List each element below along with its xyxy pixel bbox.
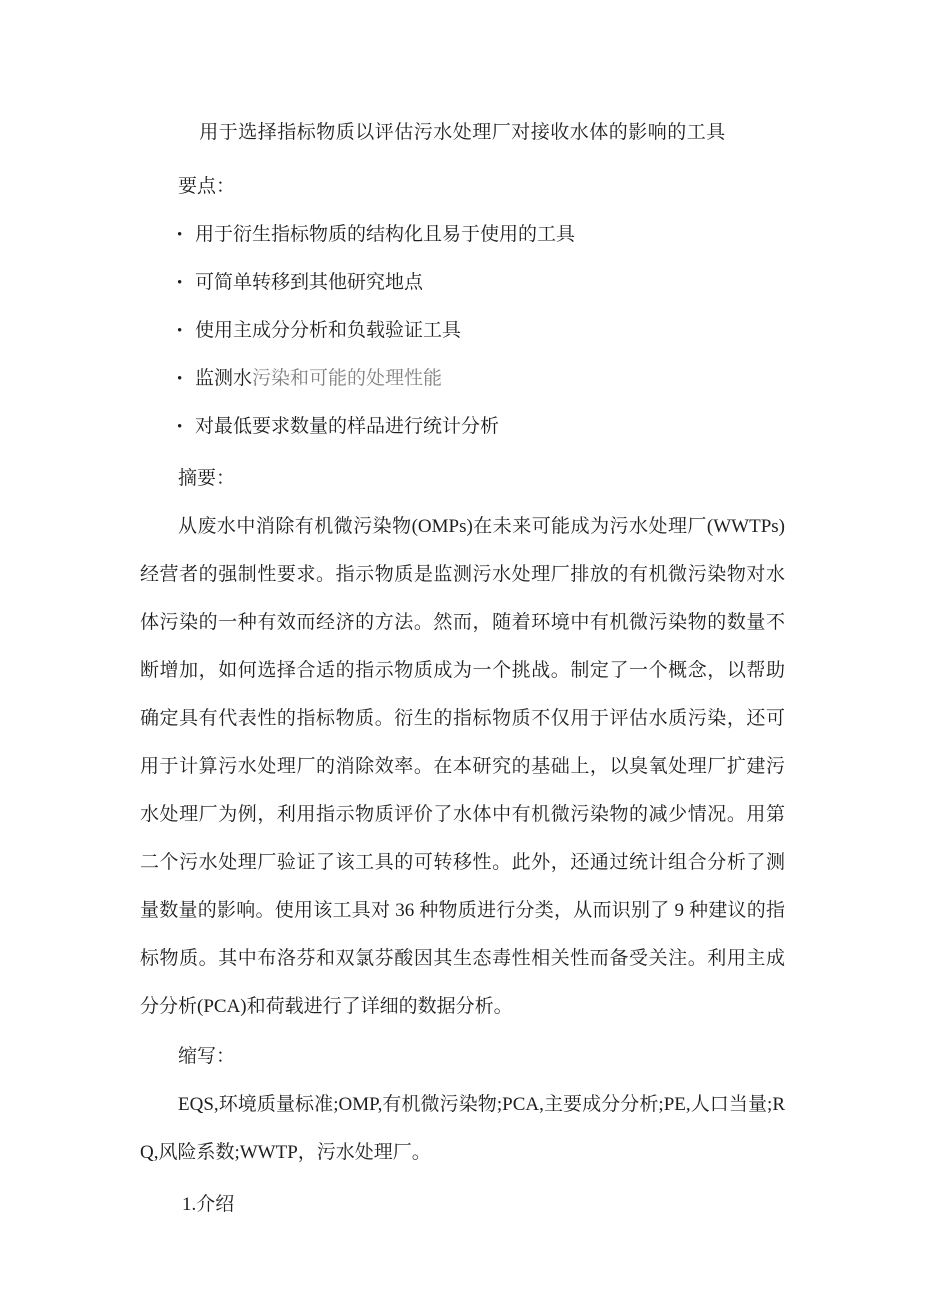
keypoint-item: • 用于衍生指标物质的结构化且易于使用的工具 — [140, 211, 785, 259]
bullet-icon: • — [177, 307, 182, 355]
abstract-label: 摘要： — [140, 455, 785, 503]
keypoint-text: 使用主成分分析和负载验证工具 — [195, 320, 461, 341]
keypoint-item: • 使用主成分分析和负载验证工具 — [140, 307, 785, 355]
bullet-icon: • — [177, 211, 182, 259]
bullet-icon: • — [177, 259, 182, 307]
abbreviations-label: 缩写： — [140, 1033, 785, 1081]
keypoint-text: 可简单转移到其他研究地点 — [195, 272, 423, 293]
keypoint-item: • 监测水污染和可能的处理性能 — [140, 355, 785, 403]
keypoint-item: • 可简单转移到其他研究地点 — [140, 259, 785, 307]
document-page: 用于选择指标物质以评估污水处理厂对接收水体的影响的工具 要点： • 用于衍生指标… — [0, 0, 925, 1309]
bullet-icon: • — [177, 403, 182, 451]
document-title: 用于选择指标物质以评估污水处理厂对接收水体的影响的工具 — [140, 0, 785, 146]
keypoint-text-dark: 监测水 — [195, 368, 252, 389]
abstract-paragraph: 从废水中消除有机微污染物(OMPs)在未来可能成为污水处理厂(WWTPs)经营者… — [140, 503, 785, 1031]
keypoint-text: 对最低要求数量的样品进行统计分析 — [195, 416, 499, 437]
abbreviations-paragraph: EQS,环境质量标准;OMP,有机微污染物;PCA,主要成分分析;PE,人口当量… — [140, 1081, 785, 1177]
bullet-icon: • — [177, 355, 182, 403]
section-heading-introduction: 1.介绍 — [140, 1181, 785, 1229]
keypoint-item: • 对最低要求数量的样品进行统计分析 — [140, 403, 785, 451]
keypoints-label: 要点： — [140, 163, 785, 211]
keypoint-text: 用于衍生指标物质的结构化且易于使用的工具 — [195, 224, 575, 245]
keypoint-text-gray: 污染和可能的处理性能 — [252, 368, 442, 389]
